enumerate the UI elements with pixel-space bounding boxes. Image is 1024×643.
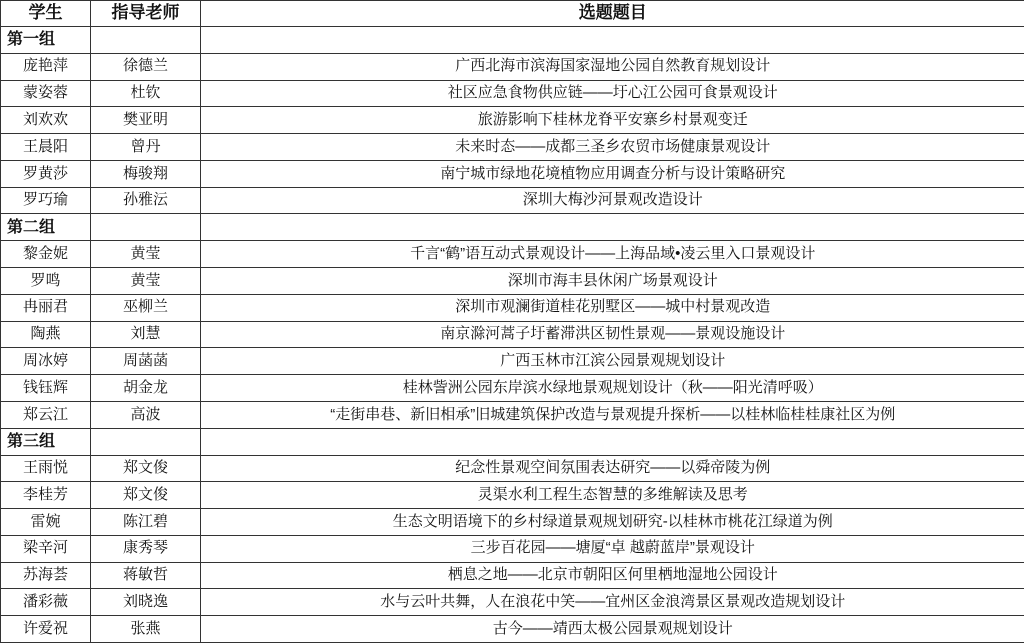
table-row: 黎金妮 黄莹 千言“鹤”语互动式景观设计——上海品域•凌云里入口景观设计 [1, 241, 1024, 268]
advisor-cell: 郑文俊 [91, 482, 201, 509]
group-header-row: 第三组 [1, 428, 1024, 455]
table-row: 周冰婷 周菡菡 广西玉林市江滨公园景观规划设计 [1, 348, 1024, 375]
table-row: 雷婉 陈江碧 生态文明语境下的乡村绿道景观规划研究-以桂林市桃花江绿道为例 [1, 509, 1024, 536]
student-cell: 雷婉 [1, 509, 91, 536]
empty-topic-cell [201, 214, 1024, 241]
student-cell: 刘欢欢 [1, 107, 91, 134]
student-cell: 罗巧瑜 [1, 187, 91, 214]
empty-topic-cell [201, 27, 1024, 54]
advisor-cell: 曾丹 [91, 134, 201, 161]
table-row: 潘彩薇 刘晓逸 水与云叶共舞，人在浪花中笑——宜州区金浪湾景区景观改造规划设计 [1, 589, 1024, 616]
topic-cell: 纪念性景观空间氛围表达研究——以舜帝陵为例 [201, 455, 1024, 482]
student-cell: 郑云江 [1, 401, 91, 428]
table-row: 罗鸣 黄莹 深圳市海丰县休闲广场景观设计 [1, 268, 1024, 295]
topic-cell: 千言“鹤”语互动式景观设计——上海品域•凌云里入口景观设计 [201, 241, 1024, 268]
advisor-cell: 刘慧 [91, 321, 201, 348]
advisor-cell: 巫柳兰 [91, 294, 201, 321]
group-label: 第三组 [1, 428, 91, 455]
table-row: 庞艳萍 徐德兰 广西北海市滨海国家湿地公园自然教育规划设计 [1, 53, 1024, 80]
document-page: 学生 指导老师 选题题目 第一组 庞艳萍 徐德兰 广西北海市滨海国家湿地公园自然… [0, 0, 1024, 643]
advisor-cell: 陈江碧 [91, 509, 201, 536]
topic-cell: 栖息之地——北京市朝阳区何里栖地湿地公园设计 [201, 562, 1024, 589]
topic-cell: 广西玉林市江滨公园景观规划设计 [201, 348, 1024, 375]
table-row: 刘欢欢 樊亚明 旅游影响下桂林龙脊平安寨乡村景观变迁 [1, 107, 1024, 134]
table-row: 罗巧瑜 孙雅沄 深圳大梅沙河景观改造设计 [1, 187, 1024, 214]
column-header-advisor: 指导老师 [91, 1, 201, 27]
table-row: 郑云江 高波 “走街串巷、新旧相承”旧城建筑保护改造与景观提升探析——以桂林临桂… [1, 401, 1024, 428]
student-cell: 钱钰辉 [1, 375, 91, 402]
empty-advisor-cell [91, 27, 201, 54]
header-row: 学生 指导老师 选题题目 [1, 1, 1024, 27]
advisor-cell: 高波 [91, 401, 201, 428]
advisor-cell: 孙雅沄 [91, 187, 201, 214]
student-cell: 周冰婷 [1, 348, 91, 375]
advisor-cell: 黄莹 [91, 241, 201, 268]
table-row: 王晨阳 曾丹 未来时态——成都三圣乡农贸市场健康景观设计 [1, 134, 1024, 161]
student-cell: 王雨悦 [1, 455, 91, 482]
advisor-cell: 樊亚明 [91, 107, 201, 134]
topic-cell: 生态文明语境下的乡村绿道景观规划研究-以桂林市桃花江绿道为例 [201, 509, 1024, 536]
student-cell: 冉丽君 [1, 294, 91, 321]
group-header-row: 第二组 [1, 214, 1024, 241]
advisor-cell: 梅骏翔 [91, 160, 201, 187]
student-cell: 苏海荟 [1, 562, 91, 589]
table-row: 梁辛河 康秀琴 三步百花园——塘厦“卓 越蔚蓝岸”景观设计 [1, 535, 1024, 562]
topic-cell: 灵渠水利工程生态智慧的多维解读及思考 [201, 482, 1024, 509]
topic-cell: 广西北海市滨海国家湿地公园自然教育规划设计 [201, 53, 1024, 80]
student-cell: 罗黄莎 [1, 160, 91, 187]
topic-cell: 南京滁河蒿子圩蓄滞洪区韧性景观——景观设施设计 [201, 321, 1024, 348]
topic-cell: 社区应急食物供应链——圩心江公园可食景观设计 [201, 80, 1024, 107]
topic-cell: 三步百花园——塘厦“卓 越蔚蓝岸”景观设计 [201, 535, 1024, 562]
student-cell: 罗鸣 [1, 268, 91, 295]
topic-cell: 深圳大梅沙河景观改造设计 [201, 187, 1024, 214]
advisor-cell: 杜钦 [91, 80, 201, 107]
topic-cell: 南宁城市绿地花境植物应用调查分析与设计策略研究 [201, 160, 1024, 187]
student-cell: 梁辛河 [1, 535, 91, 562]
advisor-cell: 刘晓逸 [91, 589, 201, 616]
table-row: 李桂芳 郑文俊 灵渠水利工程生态智慧的多维解读及思考 [1, 482, 1024, 509]
student-cell: 王晨阳 [1, 134, 91, 161]
empty-topic-cell [201, 428, 1024, 455]
advisor-cell: 胡金龙 [91, 375, 201, 402]
student-cell: 许爱祝 [1, 616, 91, 643]
advisor-cell: 黄莹 [91, 268, 201, 295]
advisor-cell: 周菡菡 [91, 348, 201, 375]
column-header-topic: 选题题目 [201, 1, 1024, 27]
student-cell: 蒙姿蓉 [1, 80, 91, 107]
topic-cell: 旅游影响下桂林龙脊平安寨乡村景观变迁 [201, 107, 1024, 134]
topic-cell: 古今——靖西太极公园景观规划设计 [201, 616, 1024, 643]
advisor-cell: 康秀琴 [91, 535, 201, 562]
empty-advisor-cell [91, 428, 201, 455]
table-row: 蒙姿蓉 杜钦 社区应急食物供应链——圩心江公园可食景观设计 [1, 80, 1024, 107]
table-row: 苏海荟 蒋敏哲 栖息之地——北京市朝阳区何里栖地湿地公园设计 [1, 562, 1024, 589]
student-cell: 黎金妮 [1, 241, 91, 268]
group-label: 第一组 [1, 27, 91, 54]
advisor-cell: 郑文俊 [91, 455, 201, 482]
thesis-topics-table: 学生 指导老师 选题题目 第一组 庞艳萍 徐德兰 广西北海市滨海国家湿地公园自然… [0, 0, 1024, 643]
topic-cell: 水与云叶共舞，人在浪花中笑——宜州区金浪湾景区景观改造规划设计 [201, 589, 1024, 616]
table-row: 许爱祝 张燕 古今——靖西太极公园景观规划设计 [1, 616, 1024, 643]
table-row: 钱钰辉 胡金龙 桂林訾洲公园东岸滨水绿地景观规划设计（秋——阳光清呼吸） [1, 375, 1024, 402]
column-header-student: 学生 [1, 1, 91, 27]
topic-cell: 未来时态——成都三圣乡农贸市场健康景观设计 [201, 134, 1024, 161]
advisor-cell: 徐德兰 [91, 53, 201, 80]
empty-advisor-cell [91, 214, 201, 241]
table-row: 王雨悦 郑文俊 纪念性景观空间氛围表达研究——以舜帝陵为例 [1, 455, 1024, 482]
topic-cell: 深圳市海丰县休闲广场景观设计 [201, 268, 1024, 295]
student-cell: 李桂芳 [1, 482, 91, 509]
student-cell: 庞艳萍 [1, 53, 91, 80]
student-cell: 潘彩薇 [1, 589, 91, 616]
student-cell: 陶燕 [1, 321, 91, 348]
topic-cell: “走街串巷、新旧相承”旧城建筑保护改造与景观提升探析——以桂林临桂桂康社区为例 [201, 401, 1024, 428]
topic-cell: 深圳市观澜街道桂花别墅区——城中村景观改造 [201, 294, 1024, 321]
advisor-cell: 张燕 [91, 616, 201, 643]
topic-cell: 桂林訾洲公园东岸滨水绿地景观规划设计（秋——阳光清呼吸） [201, 375, 1024, 402]
advisor-cell: 蒋敏哲 [91, 562, 201, 589]
table-row: 罗黄莎 梅骏翔 南宁城市绿地花境植物应用调查分析与设计策略研究 [1, 160, 1024, 187]
table-row: 冉丽君 巫柳兰 深圳市观澜街道桂花别墅区——城中村景观改造 [1, 294, 1024, 321]
group-header-row: 第一组 [1, 27, 1024, 54]
group-label: 第二组 [1, 214, 91, 241]
table-row: 陶燕 刘慧 南京滁河蒿子圩蓄滞洪区韧性景观——景观设施设计 [1, 321, 1024, 348]
